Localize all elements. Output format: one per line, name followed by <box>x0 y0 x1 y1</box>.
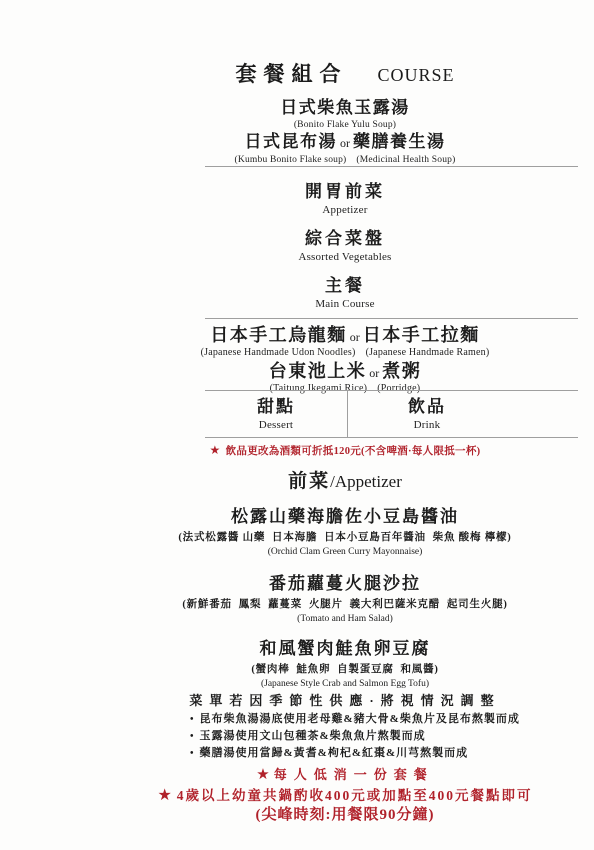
soup-base-note: •玉露湯使用文山包種茶&柴魚魚片熬製而成 <box>190 728 520 745</box>
soup-course-2: 日式昆布湯or藥膳養生湯 <box>96 131 594 154</box>
bullet-icon: • <box>190 714 195 725</box>
bullet-icon: • <box>190 748 195 759</box>
course-stage-vegetables: 綜合菜盤 Assorted Vegetables <box>96 227 594 264</box>
appetizer-dish: 松露山藥海膽佐小豆島醬油 (法式松露醬 山藥 日本海膽 日本小豆島百年醬油 柴魚… <box>96 504 594 559</box>
section-divider <box>205 318 578 319</box>
soup-base-note: •藥膳湯使用當歸&黃耆&枸杞&紅棗&川芎熬製而成 <box>190 745 520 762</box>
dessert-label-en: Dessert <box>205 418 347 432</box>
drink-label-zh: 飲品 <box>348 396 506 418</box>
drink-upgrade-note: ★飲品更改為酒類可折抵120元(不含啤酒·每人限抵一杯) <box>96 443 594 458</box>
minimum-order-note: ★每人低消一份套餐 <box>96 764 594 784</box>
soup-base-note-text: 玉露湯使用文山包種茶&柴魚魚片熬製而成 <box>200 730 426 742</box>
main-option-b-en: (Japanese Handmade Ramen) <box>366 347 490 358</box>
dessert-label-zh: 甜點 <box>205 396 347 418</box>
course-stage-appetizer: 開胃前菜 Appetizer <box>96 180 594 217</box>
dish-name: 松露山藥海膽佐小豆島醬油 <box>96 504 594 530</box>
appetizer-heading: 前菜/Appetizer <box>96 466 594 493</box>
main-course-2: 台東池上米or煮粥 <box>96 360 594 384</box>
stage-name-en: Appetizer <box>96 204 594 217</box>
soup-course-1-en: (Bonito Flake Yulu Soup) <box>96 119 594 131</box>
appetizer-heading-en: Appetizer <box>335 472 402 491</box>
soup-course-1: 日式柴魚玉露湯 <box>96 97 594 119</box>
or-label: or <box>369 366 379 380</box>
stage-name-zh: 開胃前菜 <box>96 180 594 204</box>
appetizer-dish: 番茄蘿蔓火腿沙拉 (新鮮番茄 鳳梨 蘿蔓菜 火腿片 義大利巴薩米克醋 起司生火腿… <box>96 571 594 626</box>
drink-upgrade-text: 飲品更改為酒類可折抵120元(不含啤酒·每人限抵一杯) <box>226 446 481 457</box>
course-stage-main: 主餐 Main Course <box>96 274 594 311</box>
main-course-1-en: (Japanese Handmade Udon Noodles)(Japanes… <box>96 348 594 358</box>
dessert-cell: 甜點 Dessert <box>205 391 348 437</box>
menu-page: 套餐組合 COURSE 日式柴魚玉露湯 (Bonito Flake Yulu S… <box>0 0 594 850</box>
rice-option-b: 煮粥 <box>382 361 421 381</box>
stage-name-en: Assorted Vegetables <box>96 251 594 264</box>
section-divider <box>205 166 578 167</box>
main-course-1: 日本手工烏龍麵or日本手工拉麵 <box>96 324 594 348</box>
child-policy-note: ★4歲以上幼童共鍋酌收400元或加點至400元餐點即可 <box>96 784 594 805</box>
soup-option-b: 藥膳養生湯 <box>353 132 446 151</box>
main-course-group: 日本手工烏龍麵or日本手工拉麵 (Japanese Handmade Udon … <box>96 324 594 396</box>
soup-base-notes: •昆布柴魚湯湯底使用老母雞&豬大骨&柴魚片及昆布熬製而成 •玉露湯使用文山包種茶… <box>190 711 520 762</box>
soup-base-note: •昆布柴魚湯湯底使用老母雞&豬大骨&柴魚片及昆布熬製而成 <box>190 711 520 728</box>
star-icon: ★ <box>157 787 171 804</box>
star-icon: ★ <box>256 767 269 783</box>
dish-name: 和風蟹肉鮭魚卵豆腐 <box>96 636 594 662</box>
soup-base-note-text: 昆布柴魚湯湯底使用老母雞&豬大骨&柴魚片及昆布熬製而成 <box>200 713 520 725</box>
stage-name-zh: 主餐 <box>96 274 594 298</box>
rice-option-a: 台東池上米 <box>269 361 367 381</box>
soup-course-group: 日式柴魚玉露湯 (Bonito Flake Yulu Soup) 日式昆布湯or… <box>96 97 594 166</box>
stage-name-zh: 綜合菜盤 <box>96 227 594 251</box>
dish-name-en: (Orchid Clam Green Curry Mayonnaise) <box>96 546 594 559</box>
dish-name: 番茄蘿蔓火腿沙拉 <box>96 571 594 597</box>
bullet-icon: • <box>190 731 195 742</box>
course-title-en: COURSE <box>377 65 454 86</box>
minimum-order-text: 每人低消一份套餐 <box>274 767 434 782</box>
or-label: or <box>340 136 350 150</box>
appetizer-heading-zh: 前菜 <box>288 471 330 492</box>
dish-name-en: (Tomato and Ham Salad) <box>96 613 594 626</box>
child-policy-text: 4歲以上幼童共鍋酌收400元或加點至400元餐點即可 <box>177 788 533 803</box>
dish-ingredients: (法式松露醬 山藥 日本海膽 日本小豆島百年醬油 柴魚 酸梅 檸檬) <box>96 530 594 546</box>
page-title: 套餐組合 COURSE <box>96 58 594 88</box>
course-title-zh: 套餐組合 <box>235 58 347 88</box>
star-icon: ★ <box>210 443 221 457</box>
main-option-b: 日本手工拉麵 <box>363 325 480 345</box>
or-label: or <box>350 330 360 344</box>
stage-name-en: Main Course <box>96 298 594 311</box>
soup-option-a-en: (Kumbu Bonito Flake soup) <box>235 155 347 165</box>
soup-base-note-text: 藥膳湯使用當歸&黃耆&枸杞&紅棗&川芎熬製而成 <box>200 747 469 759</box>
appetizer-dish: 和風蟹肉鮭魚卵豆腐 (蟹肉棒 鮭魚卵 自製蛋豆腐 和風醬) (Japanese … <box>96 636 594 691</box>
time-limit-note: (尖峰時刻:用餐限90分鐘) <box>96 803 594 824</box>
dessert-drink-table: 甜點 Dessert 飲品 Drink <box>205 390 578 438</box>
seasonal-note: 菜單若因季節性供應·將視情況調整 <box>96 690 594 709</box>
soup-course-2-en: (Kumbu Bonito Flake soup)(Medicinal Heal… <box>96 154 594 166</box>
drink-cell: 飲品 Drink <box>348 391 578 437</box>
dish-ingredients: (蟹肉棒 鮭魚卵 自製蛋豆腐 和風醬) <box>96 662 594 678</box>
soup-option-a: 日式昆布湯 <box>245 132 338 151</box>
soup-option-b-en: (Medicinal Health Soup) <box>356 155 455 165</box>
main-option-a: 日本手工烏龍麵 <box>210 325 347 345</box>
dish-ingredients: (新鮮番茄 鳳梨 蘿蔓菜 火腿片 義大利巴薩米克醋 起司生火腿) <box>96 597 594 613</box>
main-option-a-en: (Japanese Handmade Udon Noodles) <box>201 347 356 358</box>
drink-label-en: Drink <box>348 418 506 432</box>
